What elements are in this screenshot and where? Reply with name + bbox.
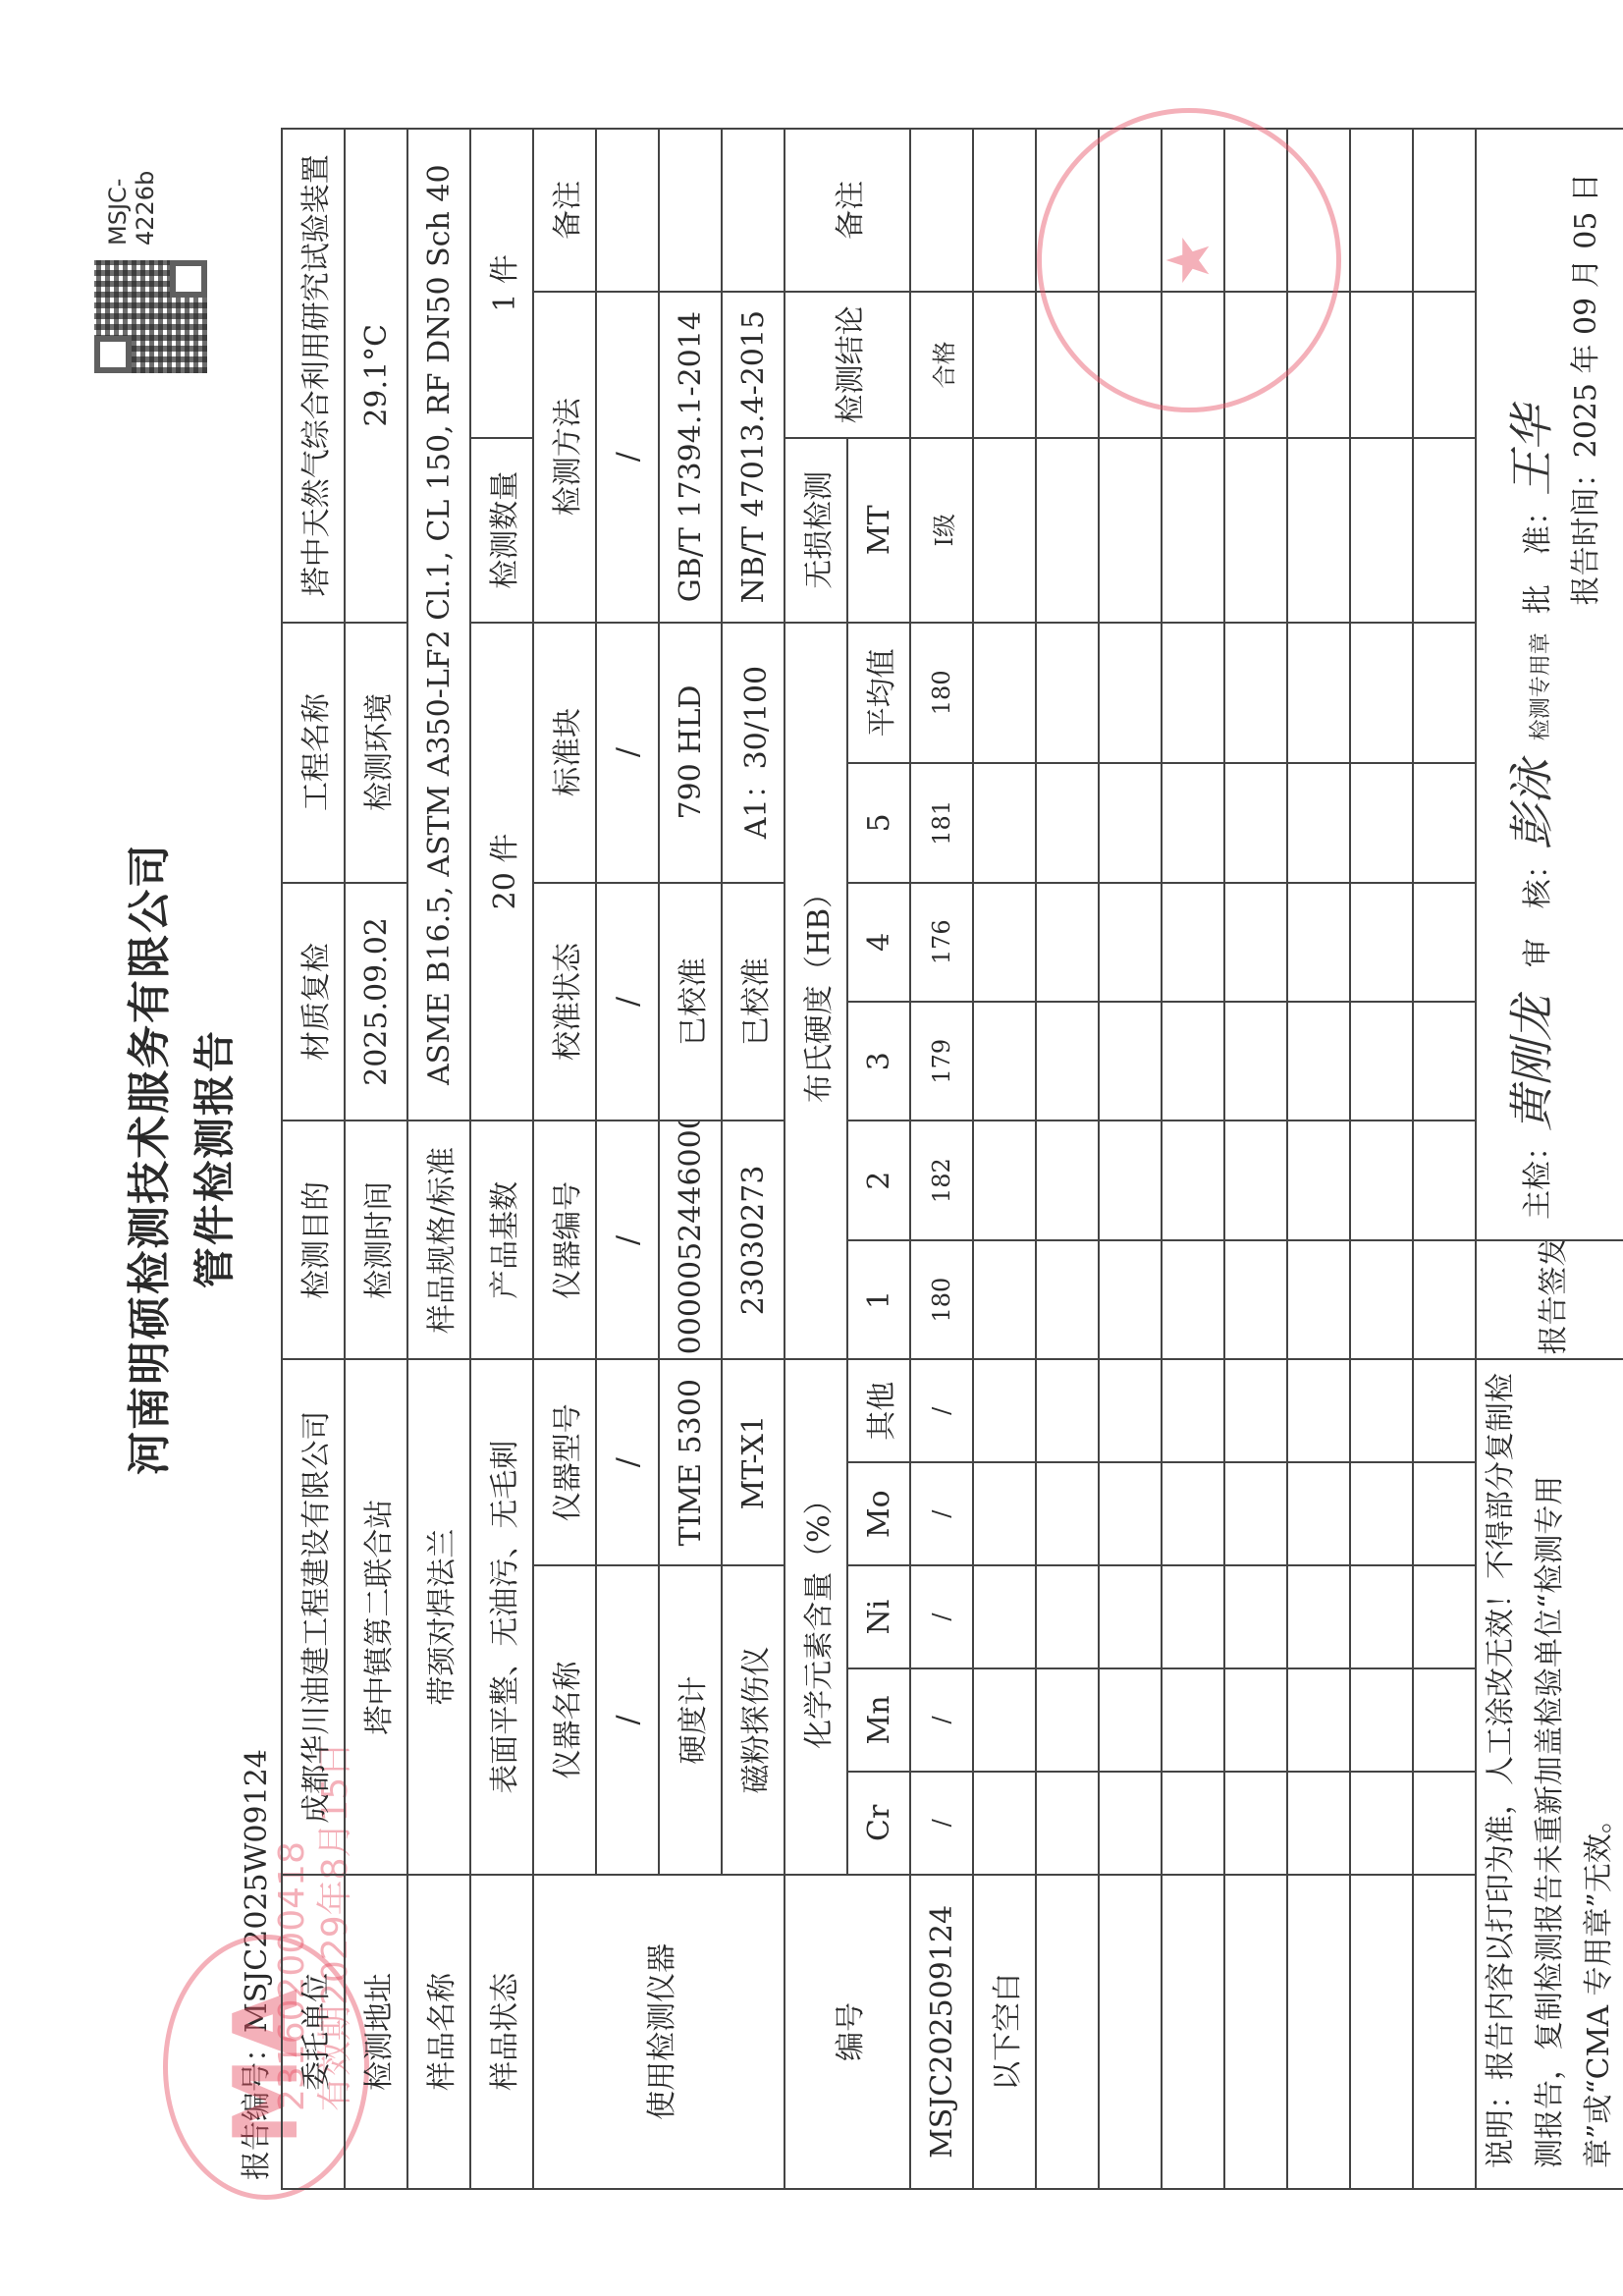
hb-value: 182: [910, 1121, 973, 1239]
results-col-remark: 备注: [784, 129, 910, 292]
blank-cell: [1224, 1359, 1287, 1462]
instr-col-remark: 备注: [533, 129, 596, 292]
hb-value: [973, 1002, 1036, 1121]
instr-col-serial: 仪器编号: [533, 1121, 596, 1359]
blank-cell: [1413, 1462, 1476, 1565]
blank-cell: [1162, 1002, 1224, 1121]
blank-cell: [1099, 883, 1162, 1002]
blank-cell: [1224, 1772, 1287, 1875]
instrument-cell: [659, 129, 722, 292]
result-row: MSJC202509124/////180182179176181180I级合格: [910, 129, 973, 2189]
results-header-row: 编号化学元素含量（%）布氏硬度（HB）无损检测检测结论备注: [784, 129, 847, 2189]
blank-cell: [1224, 1462, 1287, 1565]
remark-value: [973, 129, 1036, 292]
hb-value: 179: [910, 1002, 973, 1121]
instr-col-reference-block: 标准块: [533, 623, 596, 883]
blank-cell: [1099, 129, 1162, 292]
blank-row: [1350, 129, 1413, 2189]
blank-cell: [1413, 438, 1476, 623]
blank-cell: [1350, 292, 1413, 438]
blank-cell: [1224, 1240, 1287, 1359]
blank-cell: [1413, 1240, 1476, 1359]
instrument-cell: A1：30/100: [722, 623, 784, 883]
blank-cell: [1224, 1002, 1287, 1121]
row-state: 样品状态 表面平整、无油污、无毛刺 产品基数 20 件 检测数量 1 件: [470, 129, 533, 2189]
time-value: 2025.09.02: [345, 883, 407, 1121]
sample-label: 样品名称: [407, 1875, 470, 2189]
instrument-cell: GB/T 17394.1-2014: [659, 292, 722, 623]
blank-cell: [1036, 1121, 1099, 1239]
company-name: 河南明硕检测技术服务有限公司: [114, 128, 177, 2190]
hb-value: 181: [910, 763, 973, 882]
site-label: 检测地址: [345, 1875, 407, 2189]
conclusion-value: 合格: [910, 292, 973, 438]
hb-subcol: 1: [847, 1240, 910, 1359]
blank-row: [1099, 129, 1162, 2189]
results-col-conclusion: 检测结论: [784, 292, 910, 438]
blank-cell: [1413, 1565, 1476, 1668]
blank-row: [1224, 129, 1287, 2189]
instrument-cell: 硬度计: [659, 1565, 722, 1875]
base-label: 产品基数: [470, 1121, 533, 1359]
result-id: MSJC202509124: [910, 1875, 973, 2189]
blank-cell: [1413, 1875, 1476, 2189]
blank-cell: [1350, 1875, 1413, 2189]
blank-cell: [1099, 763, 1162, 882]
base-value: 20 件: [470, 623, 533, 1121]
state-label: 样品状态: [470, 1875, 533, 2189]
blank-cell: [1350, 129, 1413, 292]
chem-subcol: Mn: [847, 1668, 910, 1772]
blank-cell: [1224, 623, 1287, 764]
report-number-label: 报告编号：: [240, 2033, 274, 2180]
blank-cell: [1036, 1002, 1099, 1121]
footnote: 说明：报告内容以打印为准，人工涂改无效！不得部分复制检测报告，复制检测报告未重新…: [1476, 1359, 1623, 2189]
spec-value: ASME B16.5, ASTM A350-LF2 Cl.1, CL 150, …: [407, 129, 470, 1121]
chem-subcol: Mo: [847, 1462, 910, 1565]
blank-cell: [1287, 1875, 1350, 2189]
blank-cell: [1099, 1565, 1162, 1668]
signature-block: 主检：黄刚龙 审 核：彭泳 检测专用章 批 准：王华报告时间：2025 年 09…: [1476, 129, 1623, 1240]
hb-subcol: 2: [847, 1121, 910, 1239]
instrument-cell: TIME 5300: [659, 1359, 722, 1565]
blank-cell: [1224, 438, 1287, 623]
blank-cell: [1099, 1240, 1162, 1359]
blank-cell: [1162, 763, 1224, 882]
blank-cell: [1287, 292, 1350, 438]
chem-value: [973, 1772, 1036, 1875]
rotated-report: MSJC-4226b 河南明硕检测技术服务有限公司 管件检测报告 报告编号：MS…: [173, 128, 1449, 2190]
footer-row: 说明：报告内容以打印为准，人工涂改无效！不得部分复制检测报告，复制检测报告未重新…: [1476, 129, 1623, 2189]
instrument-cell: 000005244600078: [659, 1121, 722, 1359]
reviewer-signature: 彭泳: [1505, 759, 1558, 849]
blank-cell: [1036, 129, 1099, 292]
qty-value: 1 件: [470, 129, 533, 438]
blank-cell: [1036, 763, 1099, 882]
project-label: 工程名称: [282, 623, 345, 883]
blank-cell: [1287, 1240, 1350, 1359]
instr-col-name: 仪器名称: [533, 1565, 596, 1875]
remark-value: [910, 129, 973, 292]
blank-cell: [1287, 1565, 1350, 1668]
blank-cell: [1099, 1002, 1162, 1121]
time-label: 检测时间: [345, 1121, 407, 1359]
blank-cell: [1099, 438, 1162, 623]
blank-cell: [1287, 438, 1350, 623]
inspector-signature: 黄刚龙: [1505, 996, 1558, 1131]
inspector-label: 主检：: [1521, 1131, 1555, 1220]
purpose-label: 检测目的: [282, 1121, 345, 1359]
blank-cell: [1413, 292, 1476, 438]
instrument-cell: 已校准: [659, 883, 722, 1121]
instrument-cell: /: [596, 1121, 659, 1359]
chem-value: /: [910, 1359, 973, 1462]
blank-cell: [1224, 292, 1287, 438]
blank-cell: [1224, 1121, 1287, 1239]
hb-subcol: 平均值: [847, 623, 910, 764]
instrument-cell: /: [596, 1565, 659, 1875]
blank-row: [1287, 129, 1350, 2189]
instrument-header-row: 使用检测仪器 仪器名称 仪器型号 仪器编号 校准状态 标准块 检测方法 备注: [533, 129, 596, 2189]
blank-cell: [1162, 292, 1224, 438]
blank-cell: [1287, 1121, 1350, 1239]
instrument-cell: 23030273: [722, 1121, 784, 1359]
instrument-cell: /: [596, 1359, 659, 1565]
ndt-subcol: MT: [847, 438, 910, 623]
blank-cell: [1287, 1772, 1350, 1875]
hb-value: [973, 763, 1036, 882]
row-site: 检测地址 塔中镇第二联合站 检测时间 2025.09.02 检测环境 29.1°…: [345, 129, 407, 2189]
blank-cell: [1350, 1121, 1413, 1239]
blank-cell: [1036, 1668, 1099, 1772]
result-row: 以下空白: [973, 129, 1036, 2189]
blank-cell: [1162, 129, 1224, 292]
blank-cell: [1350, 1772, 1413, 1875]
blank-cell: [1287, 623, 1350, 764]
blank-cell: [1350, 1359, 1413, 1462]
results-col-ndt: 无损检测: [784, 438, 847, 623]
blank-cell: [1099, 1668, 1162, 1772]
blank-cell: [1162, 1359, 1224, 1462]
blank-cell: [1036, 292, 1099, 438]
approver-label: 批 准：: [1521, 496, 1555, 614]
instrument-cell: 已校准: [722, 883, 784, 1121]
ndt-value: [973, 438, 1036, 623]
purpose-value: 材质复检: [282, 883, 345, 1121]
blank-cell: [1162, 1668, 1224, 1772]
blank-cell: [1287, 1668, 1350, 1772]
chem-subcol: 其他: [847, 1359, 910, 1462]
blank-cell: [1350, 763, 1413, 882]
client-label: 委托单位: [282, 1875, 345, 2189]
project-value: 塔中天然气综合利用研究试验装置: [282, 129, 345, 623]
blank-cell: [1413, 1772, 1476, 1875]
chem-value: /: [910, 1668, 973, 1772]
blank-cell: [1413, 1121, 1476, 1239]
blank-cell: [1036, 438, 1099, 623]
blank-cell: [1413, 883, 1476, 1002]
blank-cell: [1224, 1668, 1287, 1772]
blank-cell: [1224, 883, 1287, 1002]
blank-cell: [1350, 1462, 1413, 1565]
chem-value: [973, 1359, 1036, 1462]
blank-cell: [1099, 1875, 1162, 2189]
blank-row: [1036, 129, 1099, 2189]
result-id: 以下空白: [973, 1875, 1036, 2189]
blank-cell: [1413, 763, 1476, 882]
blank-cell: [1162, 438, 1224, 623]
results-col-chemistry: 化学元素含量（%）: [784, 1359, 847, 1874]
hb-subcol: 3: [847, 1002, 910, 1121]
blank-cell: [1162, 883, 1224, 1002]
client-value: 成都华川油建工程建设有限公司: [282, 1359, 345, 1874]
instrument-cell: 790 HLD: [659, 623, 722, 883]
results-col-id: 编号: [784, 1875, 910, 2189]
blank-cell: [1287, 1359, 1350, 1462]
env-value: 29.1°C: [345, 129, 407, 623]
blank-cell: [1099, 1772, 1162, 1875]
blank-cell: [1350, 883, 1413, 1002]
report-number-value: MSJC2025W09124: [240, 1749, 274, 2033]
blank-cell: [1413, 129, 1476, 292]
env-label: 检测环境: [345, 623, 407, 883]
hb-subcol: 4: [847, 883, 910, 1002]
blank-cell: [1162, 1121, 1224, 1239]
issue-label: 报告签发: [1476, 1240, 1623, 1359]
blank-cell: [1224, 763, 1287, 882]
chem-value: [973, 1462, 1036, 1565]
instrument-cell: /: [596, 292, 659, 623]
blank-cell: [1162, 1565, 1224, 1668]
blank-cell: [1036, 623, 1099, 764]
chem-value: /: [910, 1565, 973, 1668]
blank-cell: [1287, 883, 1350, 1002]
instrument-cell: [596, 129, 659, 292]
blank-cell: [1350, 623, 1413, 764]
instr-col-method: 检测方法: [533, 292, 596, 623]
hb-value: [973, 623, 1036, 764]
blank-row: [1162, 129, 1224, 2189]
instr-col-model: 仪器型号: [533, 1359, 596, 1565]
reviewer-label: 审 核：: [1521, 849, 1555, 967]
instrument-cell: 磁粉探伤仪: [722, 1565, 784, 1875]
instrument-cell: MT-X1: [722, 1359, 784, 1565]
blank-cell: [1224, 1565, 1287, 1668]
hb-value: 180: [910, 1240, 973, 1359]
blank-row: [1413, 129, 1476, 2189]
row-sample: 样品名称 带颈对焊法兰 样品规格/标准 ASME B16.5, ASTM A35…: [407, 129, 470, 2189]
blank-cell: [1350, 1240, 1413, 1359]
blank-cell: [1036, 1240, 1099, 1359]
hb-value: [973, 883, 1036, 1002]
blank-cell: [1162, 623, 1224, 764]
conclusion-value: [973, 292, 1036, 438]
results-col-hardness: 布氏硬度（HB）: [784, 623, 847, 1360]
hb-subcol: 5: [847, 763, 910, 882]
ndt-value: I级: [910, 438, 973, 623]
blank-cell: [1350, 438, 1413, 623]
blank-cell: [1413, 623, 1476, 764]
blank-cell: [1036, 1875, 1099, 2189]
instruments-section-label: 使用检测仪器: [533, 1875, 784, 2189]
instrument-cell: /: [596, 883, 659, 1121]
blank-cell: [1413, 1002, 1476, 1121]
blank-cell: [1350, 1002, 1413, 1121]
blank-cell: [1287, 129, 1350, 292]
report-table: 委托单位 成都华川油建工程建设有限公司 检测目的 材质复检 工程名称 塔中天然气…: [281, 128, 1623, 2190]
blank-cell: [1287, 763, 1350, 882]
blank-cell: [1224, 1875, 1287, 2189]
blank-cell: [1162, 1240, 1224, 1359]
instrument-cell: /: [596, 623, 659, 883]
date-label: 报告时间：: [1569, 458, 1603, 605]
approver-signature: 王华: [1505, 406, 1558, 496]
blank-cell: [1224, 129, 1287, 292]
blank-cell: [1413, 1668, 1476, 1772]
hb-value: 176: [910, 883, 973, 1002]
sample-value: 带颈对焊法兰: [407, 1359, 470, 1874]
blank-cell: [1036, 883, 1099, 1002]
blank-cell: [1036, 1359, 1099, 1462]
blank-cell: [1287, 1462, 1350, 1565]
chem-value: /: [910, 1462, 973, 1565]
qty-label: 检测数量: [470, 438, 533, 623]
blank-cell: [1162, 1772, 1224, 1875]
blank-cell: [1099, 623, 1162, 764]
instrument-cell: [722, 129, 784, 292]
site-value: 塔中镇第二联合站: [345, 1359, 407, 1874]
blank-cell: [1099, 1359, 1162, 1462]
hb-value: 180: [910, 623, 973, 764]
spec-label: 样品规格/标准: [407, 1121, 470, 1359]
chem-value: [973, 1668, 1036, 1772]
blank-cell: [1350, 1668, 1413, 1772]
blank-cell: [1036, 1462, 1099, 1565]
report-date: 2025 年 09 月 05 日: [1569, 173, 1603, 458]
instr-col-calibration: 校准状态: [533, 883, 596, 1121]
report-number: 报告编号：MSJC2025W09124: [232, 1749, 275, 2180]
blank-cell: [1413, 1359, 1476, 1462]
blank-cell: [1099, 1121, 1162, 1239]
hb-value: [973, 1240, 1036, 1359]
hb-value: [973, 1121, 1036, 1239]
blank-cell: [1287, 1002, 1350, 1121]
blank-cell: [1099, 1462, 1162, 1565]
chem-subcol: Ni: [847, 1565, 910, 1668]
blank-cell: [1036, 1772, 1099, 1875]
blank-cell: [1350, 1565, 1413, 1668]
blank-cell: [1036, 1565, 1099, 1668]
chem-value: [973, 1565, 1036, 1668]
row-client: 委托单位 成都华川油建工程建设有限公司 检测目的 材质复检 工程名称 塔中天然气…: [282, 129, 345, 2189]
instrument-cell: NB/T 47013.4-2015: [722, 292, 784, 623]
state-value: 表面平整、无油污、无毛刺: [470, 1359, 533, 1874]
chem-subcol: Cr: [847, 1772, 910, 1875]
blank-cell: [1162, 1875, 1224, 2189]
blank-cell: [1099, 292, 1162, 438]
chem-value: /: [910, 1772, 973, 1875]
blank-cell: [1162, 1462, 1224, 1565]
seal-label: 检测专用章: [1529, 632, 1553, 740]
